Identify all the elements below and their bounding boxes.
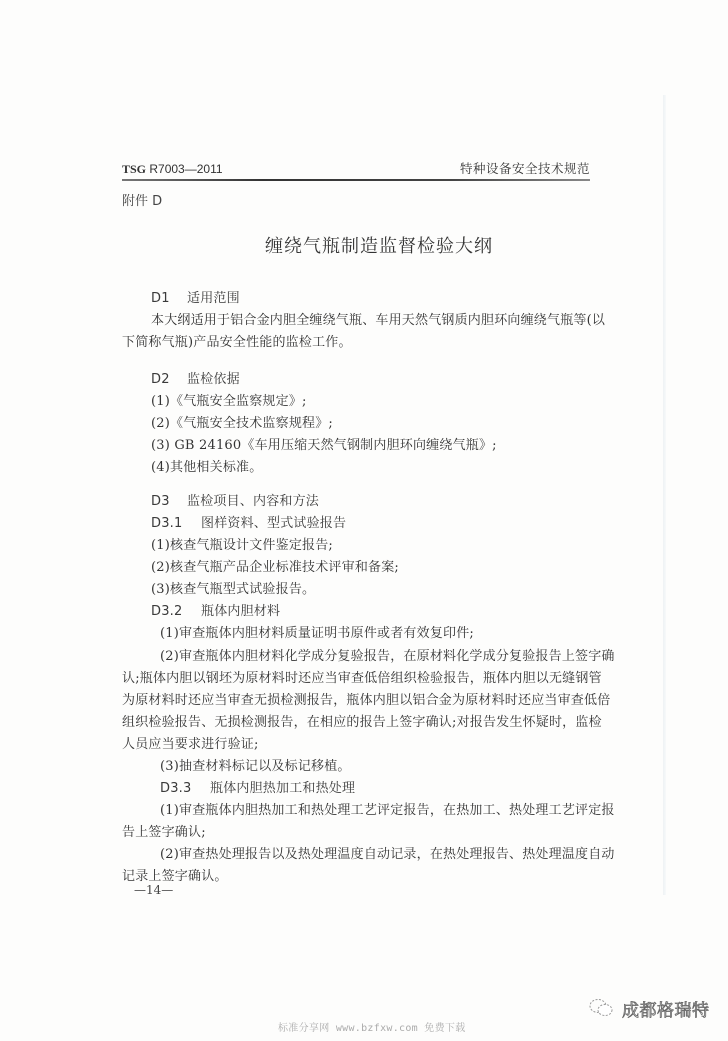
section-number: D2 bbox=[151, 372, 187, 387]
paragraph-line: (1)审查瓶体内胆材料质量证明书原件或者有效复印件; bbox=[160, 622, 474, 641]
paragraph-line: 为原材料时还应当审查无损检测报告，瓶体内胆以铝合金为原材料时还应当审查低倍 bbox=[122, 689, 610, 708]
page-number: —14— bbox=[134, 883, 173, 897]
paragraph-line: 认;瓶体内胆以钢坯为原材料时还应当审查低倍组织检验报告，瓶体内胆以无缝钢管 bbox=[122, 667, 602, 686]
paragraph-line: 本大纲适用于铝合金内胆全缠绕气瓶、车用天然气钢质内胆环向缠绕气瓶等(以 bbox=[151, 309, 605, 328]
code-number: R7003—2011 bbox=[149, 162, 222, 176]
list-item: (2)核查气瓶产品企业标准技术评审和备案; bbox=[151, 556, 399, 575]
paragraph-line: 告上签字确认; bbox=[122, 821, 206, 840]
annex-label: 附件 D bbox=[122, 190, 162, 209]
list-item: (1)核查气瓶设计文件鉴定报告; bbox=[151, 534, 333, 553]
section-heading-d1: D1适用范围 bbox=[151, 287, 240, 306]
paragraph-line: 人员应当要求进行验证; bbox=[122, 733, 259, 752]
subsection-title: 瓶体内胆材料 bbox=[201, 604, 280, 619]
section-number: D1 bbox=[151, 291, 187, 306]
header-rule bbox=[122, 179, 590, 181]
section-title: 监检项目、内容和方法 bbox=[187, 494, 319, 509]
subsection-heading-d3-3: D3.3瓶体内胆热加工和热处理 bbox=[160, 777, 355, 796]
wechat-icon bbox=[588, 998, 614, 1018]
brand-name: 成都格瑞特 bbox=[622, 996, 710, 1021]
section-title: 监检依据 bbox=[187, 372, 240, 387]
paragraph-line: (3)抽查材料标记以及标记移植。 bbox=[160, 755, 351, 774]
document-title: 缠绕气瓶制造监督检验大纲 bbox=[0, 232, 728, 258]
list-item: (2)《气瓶安全技术监察规程》; bbox=[151, 412, 333, 431]
paragraph-line: (1)审查瓶体内胆热加工和热处理工艺评定报告，在热加工、热处理工艺评定报 bbox=[160, 799, 615, 818]
paragraph-line: 记录上签字确认。 bbox=[122, 865, 228, 884]
paragraph-line: 组织检验报告、无损检测报告，在相应的报告上签字确认;对报告发生怀疑时，监检 bbox=[122, 711, 602, 730]
subsection-number: D3.2 bbox=[151, 604, 201, 619]
section-heading-d2: D2监检依据 bbox=[151, 368, 240, 387]
standard-code: TSG R7003—2011 bbox=[122, 162, 223, 177]
subsection-heading-d3-1: D3.1图样资料、型式试验报告 bbox=[151, 512, 346, 531]
paragraph-line: 下简称气瓶)产品安全性能的监检工作。 bbox=[122, 331, 352, 350]
brand-mark: 成都格瑞特 bbox=[588, 996, 710, 1020]
list-item: (1)《气瓶安全监察规定》; bbox=[151, 390, 307, 409]
subsection-number: D3.3 bbox=[160, 781, 210, 796]
subsection-title: 瓶体内胆热加工和热处理 bbox=[210, 781, 355, 796]
paragraph-line: (2)审查瓶体内胆材料化学成分复验报告，在原材料化学成分复验报告上签字确 bbox=[160, 645, 615, 664]
section-number: D3 bbox=[151, 494, 187, 509]
paragraph-line: (2)审查热处理报告以及热处理温度自动记录，在热处理报告、热处理温度自动 bbox=[160, 843, 615, 862]
list-item: (3)核查气瓶型式试验报告。 bbox=[151, 578, 315, 597]
header-category: 特种设备安全技术规范 bbox=[460, 159, 590, 177]
list-item: (4)其他相关标准。 bbox=[151, 456, 262, 475]
footer-watermark: 标准分享网 www.bzfxw.com 免费下载 bbox=[278, 1019, 466, 1034]
page-edge bbox=[663, 95, 666, 895]
code-prefix: TSG bbox=[122, 162, 146, 176]
list-item: (3) GB 24160《车用压缩天然气钢制内胆环向缠绕气瓶》; bbox=[151, 434, 497, 453]
section-title: 适用范围 bbox=[187, 291, 240, 306]
subsection-number: D3.1 bbox=[151, 516, 201, 531]
subsection-heading-d3-2: D3.2瓶体内胆材料 bbox=[151, 600, 280, 619]
subsection-title: 图样资料、型式试验报告 bbox=[201, 516, 346, 531]
section-heading-d3: D3监检项目、内容和方法 bbox=[151, 490, 319, 509]
running-header: TSG R7003—2011 特种设备安全技术规范 bbox=[122, 157, 590, 181]
